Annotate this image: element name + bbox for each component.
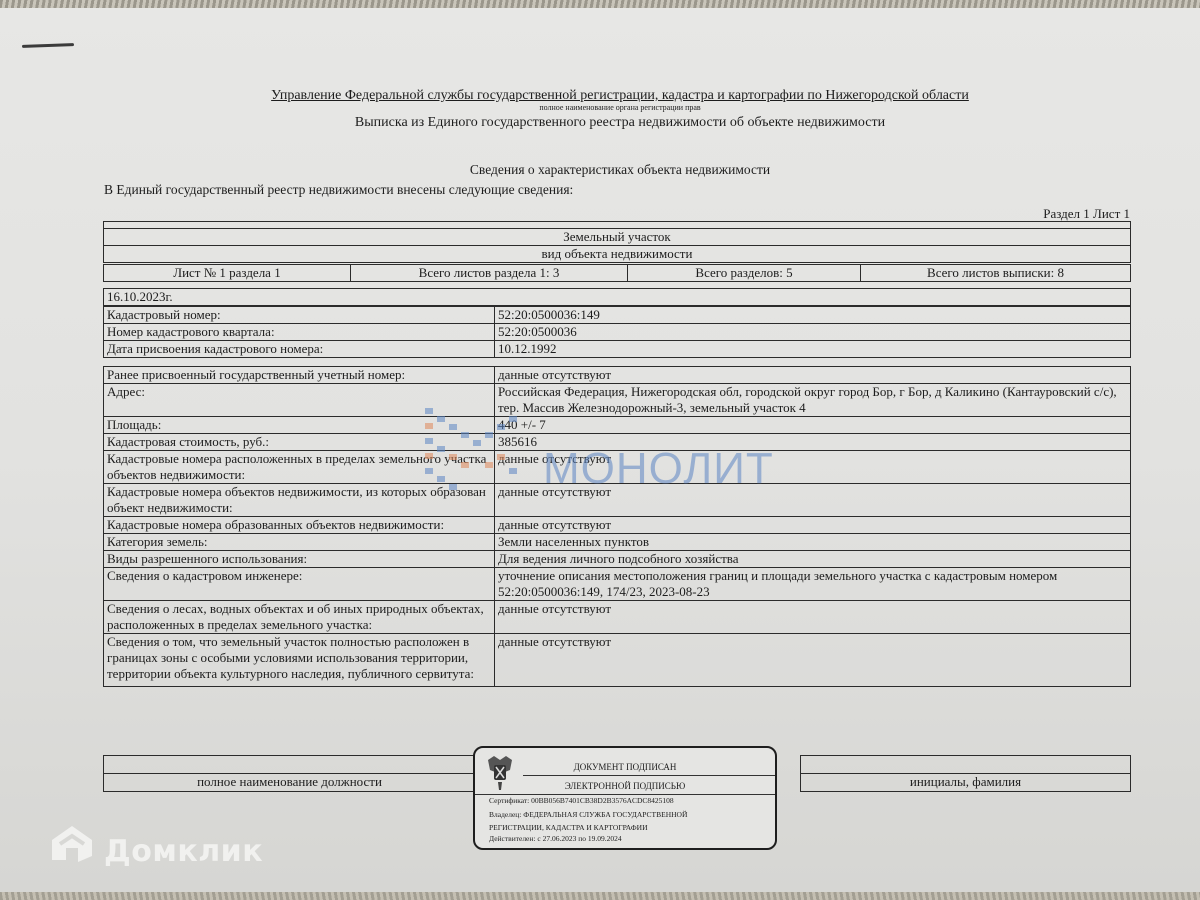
- row-label: Кадастровые номера образованных объектов…: [104, 517, 495, 534]
- row-value: 52:20:0500036:149: [495, 307, 1131, 324]
- table-row: Категория земель: Земли населенных пункт…: [104, 534, 1131, 551]
- stamp-validity: Действителен: с 27.06.2023 по 19.09.2024: [489, 834, 622, 843]
- table-row: Виды разрешенного использования: Для вед…: [104, 551, 1131, 568]
- background-fabric-bottom: [0, 892, 1200, 900]
- row-value: данные отсутствуют: [495, 601, 1131, 634]
- row-label: Виды разрешенного использования:: [104, 551, 495, 568]
- row-label: Сведения о лесах, водных объектах и об и…: [104, 601, 495, 634]
- row-label: Дата присвоения кадастрового номера:: [104, 341, 495, 358]
- table-row: Кадастровый номер: 52:20:0500036:149: [104, 307, 1131, 324]
- e-signature-stamp: ДОКУМЕНТ ПОДПИСАН ЭЛЕКТРОННОЙ ПОДПИСЬЮ С…: [473, 746, 777, 850]
- row-label: Сведения о том, что земельный участок по…: [104, 634, 495, 687]
- table-row: Дата присвоения кадастрового номера: 10.…: [104, 341, 1131, 358]
- blank-cell: [104, 756, 476, 774]
- row-value: уточнение описания местоположения границ…: [495, 568, 1131, 601]
- table-row: Сведения о том, что земельный участок по…: [104, 634, 1131, 687]
- divider: [475, 794, 775, 795]
- domclick-wordmark: Домклик: [104, 834, 263, 869]
- stamp-line-2: ЭЛЕКТРОННОЙ ПОДПИСЬЮ: [475, 781, 775, 791]
- date-table: 16.10.2023г.: [103, 288, 1131, 306]
- object-type-caption: вид объекта недвижимости: [104, 246, 1131, 263]
- table-row: Кадастровые номера образованных объектов…: [104, 517, 1131, 534]
- monolit-watermark: МОНОЛИТ: [425, 408, 785, 498]
- table-row: Ранее присвоенный государственный учетны…: [104, 367, 1131, 384]
- blank-cell: [801, 756, 1131, 774]
- cadastral-table: Кадастровый номер: 52:20:0500036:149 Ном…: [103, 306, 1131, 358]
- intro-text: В Единый государственный реестр недвижим…: [104, 182, 573, 198]
- organization-caption: полное наименование органа регистрации п…: [100, 103, 1140, 112]
- name-caption: инициалы, фамилия: [801, 774, 1131, 792]
- stamp-owner-1: Владелец: ФЕДЕРАЛЬНАЯ СЛУЖБА ГОСУДАРСТВЕ…: [489, 810, 687, 819]
- row-value: 10.12.1992: [495, 341, 1131, 358]
- sheet-label: Раздел 1 Лист 1: [1043, 206, 1130, 222]
- row-value: 52:20:0500036: [495, 324, 1131, 341]
- row-label: Ранее присвоенный государственный учетны…: [104, 367, 495, 384]
- table-row: Сведения о лесах, водных объектах и об и…: [104, 601, 1131, 634]
- pen-mark: [22, 43, 74, 48]
- extract-date: 16.10.2023г.: [104, 289, 1131, 306]
- document-paper: Управление Федеральной службы государств…: [0, 8, 1200, 893]
- position-caption: полное наименование должности: [104, 774, 476, 792]
- table-row: Номер кадастрового квартала: 52:20:05000…: [104, 324, 1131, 341]
- monolit-logo-icon: [425, 408, 540, 498]
- sheets-table: Лист № 1 раздела 1 Всего листов раздела …: [103, 264, 1131, 282]
- row-value: Для ведения личного подсобного хозяйства: [495, 551, 1131, 568]
- document-title: Выписка из Единого государственного реес…: [100, 115, 1140, 131]
- divider: [523, 775, 775, 776]
- row-label: Номер кадастрового квартала:: [104, 324, 495, 341]
- stamp-certificate: Сертификат: 00BB056B7401CB38D2B3576ACDC8…: [489, 796, 674, 805]
- blank-cell: [104, 222, 1131, 229]
- stamp-owner-2: РЕГИСТРАЦИИ, КАДАСТРА И КАРТОГРАФИИ: [489, 823, 648, 832]
- row-label: Категория земель:: [104, 534, 495, 551]
- section-title: Сведения о характеристиках объекта недви…: [100, 162, 1140, 178]
- row-value: данные отсутствуют: [495, 367, 1131, 384]
- extract-sheets-total: Всего листов выписки: 8: [861, 265, 1131, 282]
- monolit-wordmark: МОНОЛИТ: [543, 444, 774, 494]
- row-value: данные отсутствуют: [495, 517, 1131, 534]
- object-type-table: Земельный участок вид объекта недвижимос…: [103, 221, 1131, 263]
- domclick-watermark: Домклик: [48, 820, 288, 870]
- domclick-house-icon: [48, 820, 96, 868]
- table-row: Сведения о кадастровом инженере: уточнен…: [104, 568, 1131, 601]
- row-value: Земли населенных пунктов: [495, 534, 1131, 551]
- row-label: Кадастровый номер:: [104, 307, 495, 324]
- sections-total: Всего разделов: 5: [628, 265, 861, 282]
- stamp-line-1: ДОКУМЕНТ ПОДПИСАН: [475, 762, 775, 772]
- row-value: данные отсутствуют: [495, 634, 1131, 687]
- row-label: Сведения о кадастровом инженере:: [104, 568, 495, 601]
- organization-name: Управление Федеральной службы государств…: [100, 88, 1140, 104]
- sheet-number: Лист № 1 раздела 1: [104, 265, 351, 282]
- object-type-value: Земельный участок: [104, 229, 1131, 246]
- section-sheets-total: Всего листов раздела 1: 3: [351, 265, 628, 282]
